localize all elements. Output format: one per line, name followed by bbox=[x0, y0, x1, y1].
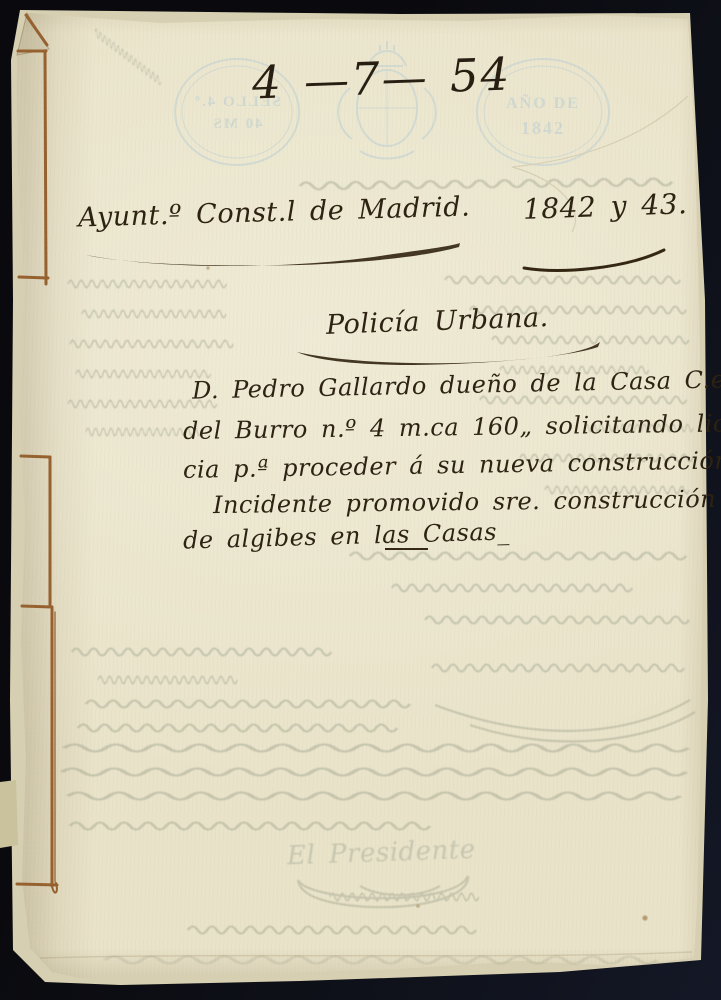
ink-flourish-layer bbox=[0, 0, 721, 1000]
section-underline-flourish bbox=[297, 342, 600, 365]
years-underline-flourish bbox=[524, 250, 664, 270]
document-scan: SELLO 4.º 40 MS AÑO DE 1842 bbox=[0, 0, 721, 1000]
header-underline-flourish bbox=[86, 243, 460, 266]
